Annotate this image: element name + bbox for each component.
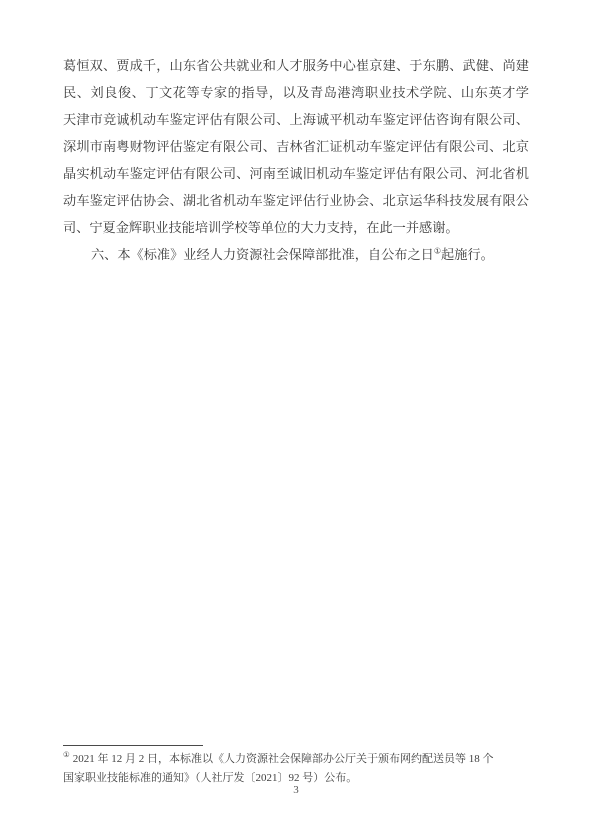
text-line: 葛恒双、贾成千，山东省公共就业和人才服务中心崔京建、于东鹏、武健、尚建	[63, 52, 529, 79]
paragraph-text-before-ref: 六、本《标准》业经人力资源社会保障部批准，自公布之日	[91, 247, 434, 262]
footnote-text: ①2021 年 12 月 2 日，本标准以《人力资源社会保障部办公厅关于颁布网约…	[63, 750, 531, 788]
footnote-line-2: 国家职业技能标准的通知》（人社厅发〔2021〕92 号）公布。	[63, 772, 357, 784]
paragraph-effective-date: 六、本《标准》业经人力资源社会保障部批准，自公布之日①起施行。	[63, 241, 529, 268]
main-text-block: 葛恒双、贾成千，山东省公共就业和人才服务中心崔京建、于东鹏、武健、尚建民、刘良俊…	[63, 52, 529, 268]
text-line: 民、刘良俊、丁文花等专家的指导，以及青岛港湾职业技术学院、山东英才学院、	[63, 79, 529, 106]
text-line: 深圳市南粤财物评估鉴定有限公司、吉林省汇证机动车鉴定评估有限公司、北京	[63, 133, 529, 160]
footnote-line-1: 2021 年 12 月 2 日，本标准以《人力资源社会保障部办公厅关于颁布网约配…	[73, 753, 494, 765]
footnote-marker: ①	[63, 750, 70, 759]
footnote-separator-rule	[63, 745, 203, 746]
paragraph-acknowledgements: 葛恒双、贾成千，山东省公共就业和人才服务中心崔京建、于东鹏、武健、尚建民、刘良俊…	[63, 52, 529, 241]
text-line: 天津市竞诚机动车鉴定评估有限公司、上海诚平机动车鉴定评估咨询有限公司、	[63, 106, 529, 133]
text-line: 晶实机动车鉴定评估有限公司、河南至诚旧机动车鉴定评估有限公司、河北省机	[63, 160, 529, 187]
text-line: 司、宁夏金辉职业技能培训学校等单位的大力支持，在此一并感谢。	[63, 214, 529, 241]
page-number: 3	[0, 784, 592, 796]
document-page: 葛恒双、贾成千，山东省公共就业和人才服务中心崔京建、于东鹏、武健、尚建民、刘良俊…	[0, 0, 592, 819]
paragraph-text-after-ref: 起施行。	[441, 247, 494, 262]
footnote-ref-superscript: ①	[434, 247, 441, 256]
text-line: 动车鉴定评估协会、湖北省机动车鉴定评估行业协会、北京运华科技发展有限公	[63, 187, 529, 214]
footnote-area: ①2021 年 12 月 2 日，本标准以《人力资源社会保障部办公厅关于颁布网约…	[63, 745, 531, 788]
